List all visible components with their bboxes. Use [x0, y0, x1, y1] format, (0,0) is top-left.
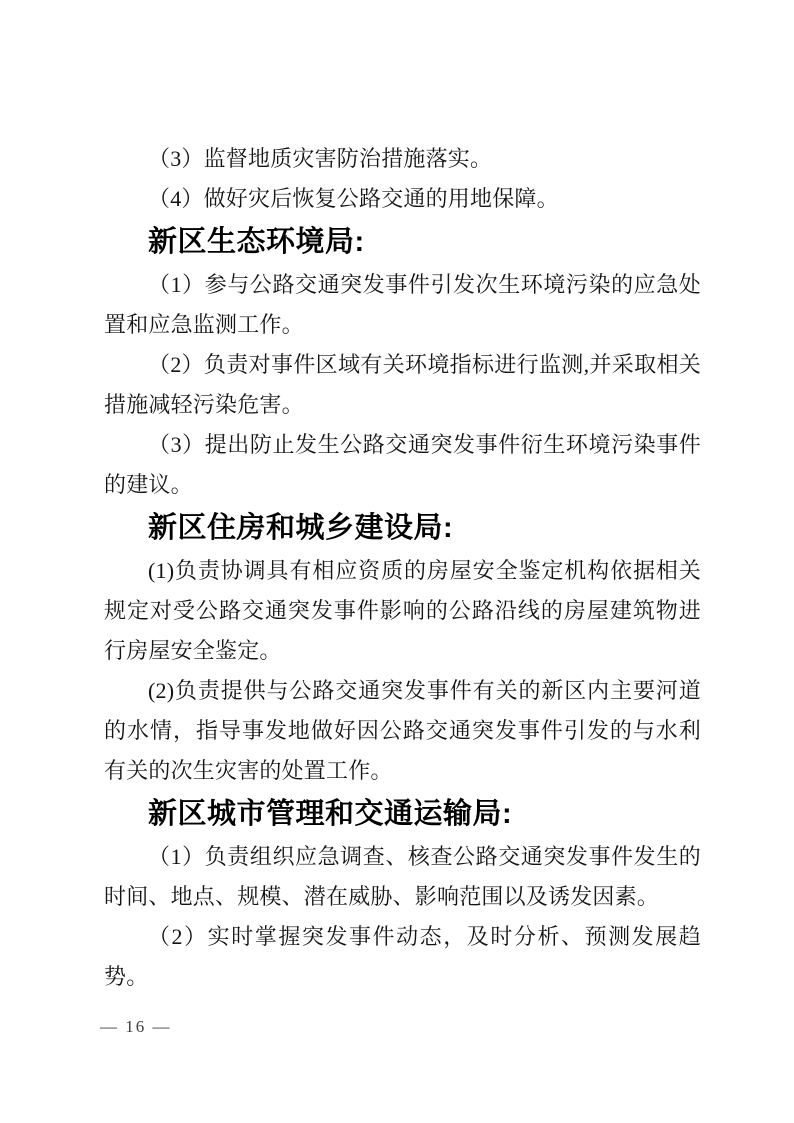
paragraph-transport-item-2: （2）实时掌握突发事件动态，及时分析、预测发展趋势。: [104, 917, 701, 997]
page-number: — 16 —: [100, 1012, 172, 1042]
paragraph-housing-item-1: (1)负责协调具有相应资质的房屋安全鉴定机构依据相关规定对受公路交通突发事件影响…: [104, 551, 701, 671]
paragraph-item-3-geology: （3）监督地质灾害防治措施落实。: [104, 139, 701, 179]
document-page: （3）监督地质灾害防治措施落实。 （4）做好灾后恢复公路交通的用地保障。 新区生…: [0, 0, 794, 1123]
paragraph-eco-item-1: （1）参与公路交通突发事件引发次生环境污染的应急处置和应急监测工作。: [104, 265, 701, 345]
heading-ecology-environment-bureau: 新区生态环境局:: [104, 219, 701, 265]
paragraph-item-4-land-support: （4）做好灾后恢复公路交通的用地保障。: [104, 179, 701, 219]
document-body: （3）监督地质灾害防治措施落实。 （4）做好灾后恢复公路交通的用地保障。 新区生…: [104, 139, 701, 997]
heading-urban-management-transport-bureau: 新区城市管理和交通运输局:: [104, 791, 701, 837]
paragraph-eco-item-2: （2）负责对事件区域有关环境指标进行监测,并采取相关措施减轻污染危害。: [104, 345, 701, 425]
paragraph-transport-item-1: （1）负责组织应急调查、核查公路交通突发事件发生的时间、地点、规模、潜在威胁、影…: [104, 837, 701, 917]
heading-housing-construction-bureau: 新区住房和城乡建设局:: [104, 505, 701, 551]
paragraph-eco-item-3: （3）提出防止发生公路交通突发事件衍生环境污染事件的建议。: [104, 425, 701, 505]
paragraph-housing-item-2: (2)负责提供与公路交通突发事件有关的新区内主要河道的水情，指导事发地做好因公路…: [104, 671, 701, 791]
